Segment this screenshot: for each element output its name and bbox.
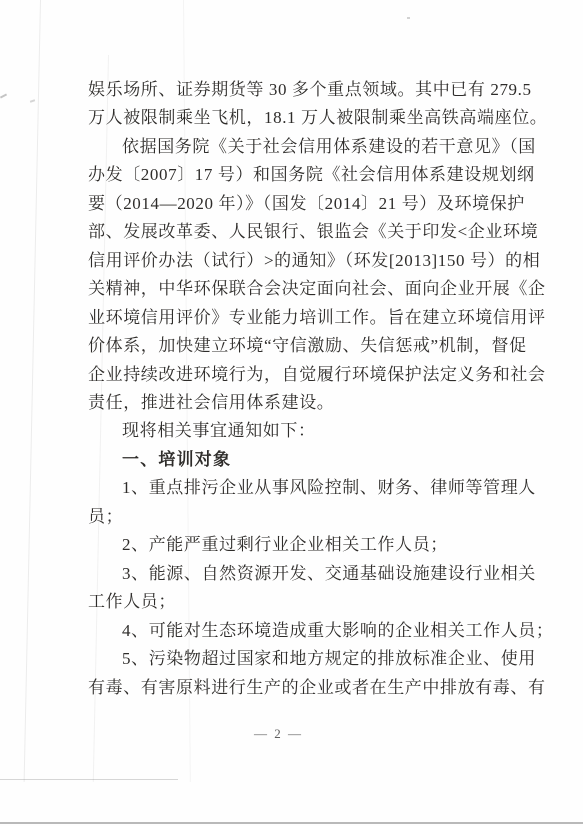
document-text-line: 关精神，中华环保联合会决定面向社会、面向企业开展《企: [88, 275, 524, 303]
document-text-line: 员；: [88, 503, 524, 531]
document-body: 娱乐场所、证券期货等 30 多个重点领域。其中已有 279.5万人被限制乘坐飞机…: [88, 76, 524, 702]
document-text-line: 有毒、有害原料进行生产的企业或者在生产中排放有毒、有: [88, 674, 524, 702]
section-heading: 一、培训对象: [88, 446, 524, 474]
scan-crease-line: [0, 779, 178, 780]
document-text-line: 责任，推进社会信用体系建设。: [88, 389, 524, 417]
document-text-line: 娱乐场所、证券期货等 30 多个重点领域。其中已有 279.5: [88, 76, 524, 104]
scan-fold-line: [24, 0, 41, 782]
document-text-line: 部、发展改革委、人民银行、银监会《关于印发<企业环境: [88, 218, 524, 246]
document-text-line: 工作人员；: [88, 588, 524, 616]
document-text-line: 3、能源、自然资源开发、交通基础设施建设行业相关: [88, 560, 524, 588]
document-text-line: 价体系，加快建立环境“守信激励、失信惩戒”机制，督促: [88, 332, 524, 360]
scan-page-bottom-edge: [0, 822, 583, 824]
scan-speck: [0, 93, 7, 98]
document-text-line: 要（2014—2020 年）》（国发〔2014〕21 号）及环境保护: [88, 190, 524, 218]
document-text-line: 现将相关事宜通知如下：: [88, 417, 524, 445]
scan-speck: [30, 99, 35, 102]
page-number: — 2 —: [0, 726, 570, 742]
document-text-line: 2、产能严重过剩行业企业相关工作人员；: [88, 531, 524, 559]
scan-speck: [407, 17, 410, 19]
document-text-line: 1、重点排污企业从事风险控制、财务、律师等管理人: [88, 474, 524, 502]
document-text-line: 万人被限制乘坐飞机，18.1 万人被限制乘坐高铁高端座位。: [88, 104, 524, 132]
document-text-line: 企业持续改进环境行为，自觉履行环境保护法定义务和社会: [88, 361, 524, 389]
scanned-document-page: 娱乐场所、证券期货等 30 多个重点领域。其中已有 279.5万人被限制乘坐飞机…: [0, 0, 583, 826]
document-text-line: 5、污染物超过国家和地方规定的排放标准企业、使用: [88, 645, 524, 673]
document-text-line: 业环境信用评价》专业能力培训工作。旨在建立环境信用评: [88, 304, 524, 332]
document-text-line: 依据国务院《关于社会信用体系建设的若干意见》（国: [88, 133, 524, 161]
document-text-line: 办发〔2007〕17 号）和国务院《社会信用体系建设规划纲: [88, 161, 524, 189]
document-text-line: 信用评价办法（试行）>的通知》（环发[2013]150 号）的相: [88, 247, 524, 275]
document-text-line: 4、可能对生态环境造成重大影响的企业相关工作人员；: [88, 617, 524, 645]
